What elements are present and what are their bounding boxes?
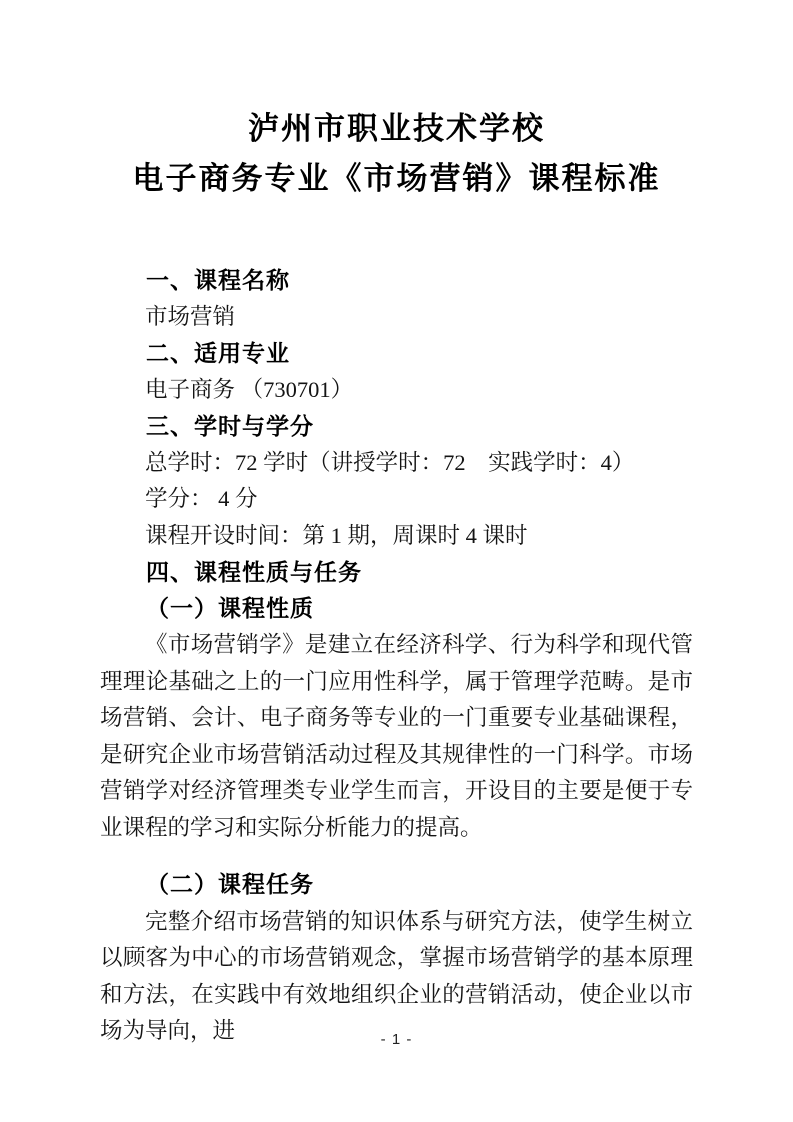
heading-course-nature-tasks: 四、课程性质与任务 (100, 554, 693, 591)
paragraph-course-tasks: 完整介绍市场营销的知识体系与研究方法，使学生树立以顾客为中心的市场营销观念，掌握… (100, 904, 693, 1050)
subheading-course-nature: （一）课程性质 (100, 591, 693, 628)
heading-hours-credits: 三、学时与学分 (100, 408, 693, 445)
document-page: 泸州市职业技术学校 电子商务专业《市场营销》课程标准 一、课程名称 市场营销 二… (0, 0, 793, 1122)
course-schedule-line: 课程开设时间：第 1 期，周课时 4 课时 (100, 518, 693, 555)
document-title-block: 泸州市职业技术学校 电子商务专业《市场营销》课程标准 (0, 0, 793, 204)
subheading-course-tasks: （二）课程任务 (100, 867, 693, 904)
paragraph-course-nature: 《市场营销学》是建立在经济科学、行为科学和现代管理理论基础之上的一门应用性科学，… (100, 627, 693, 846)
page-number: - 1 - (0, 1031, 793, 1048)
document-title-course-standard: 电子商务专业《市场营销》课程标准 (0, 154, 793, 204)
course-name-value: 市场营销 (100, 299, 693, 336)
total-hours-line: 总学时：72 学时（讲授学时：72 实践学时：4） (100, 445, 693, 482)
document-title-school: 泸州市职业技术学校 (0, 104, 793, 154)
heading-course-name: 一、课程名称 (100, 262, 693, 299)
document-body: 一、课程名称 市场营销 二、适用专业 电子商务 （730701） 三、学时与学分… (100, 262, 693, 1050)
credits-line: 学分： 4 分 (100, 481, 693, 518)
heading-applicable-major: 二、适用专业 (100, 335, 693, 372)
applicable-major-value: 电子商务 （730701） (100, 372, 693, 409)
